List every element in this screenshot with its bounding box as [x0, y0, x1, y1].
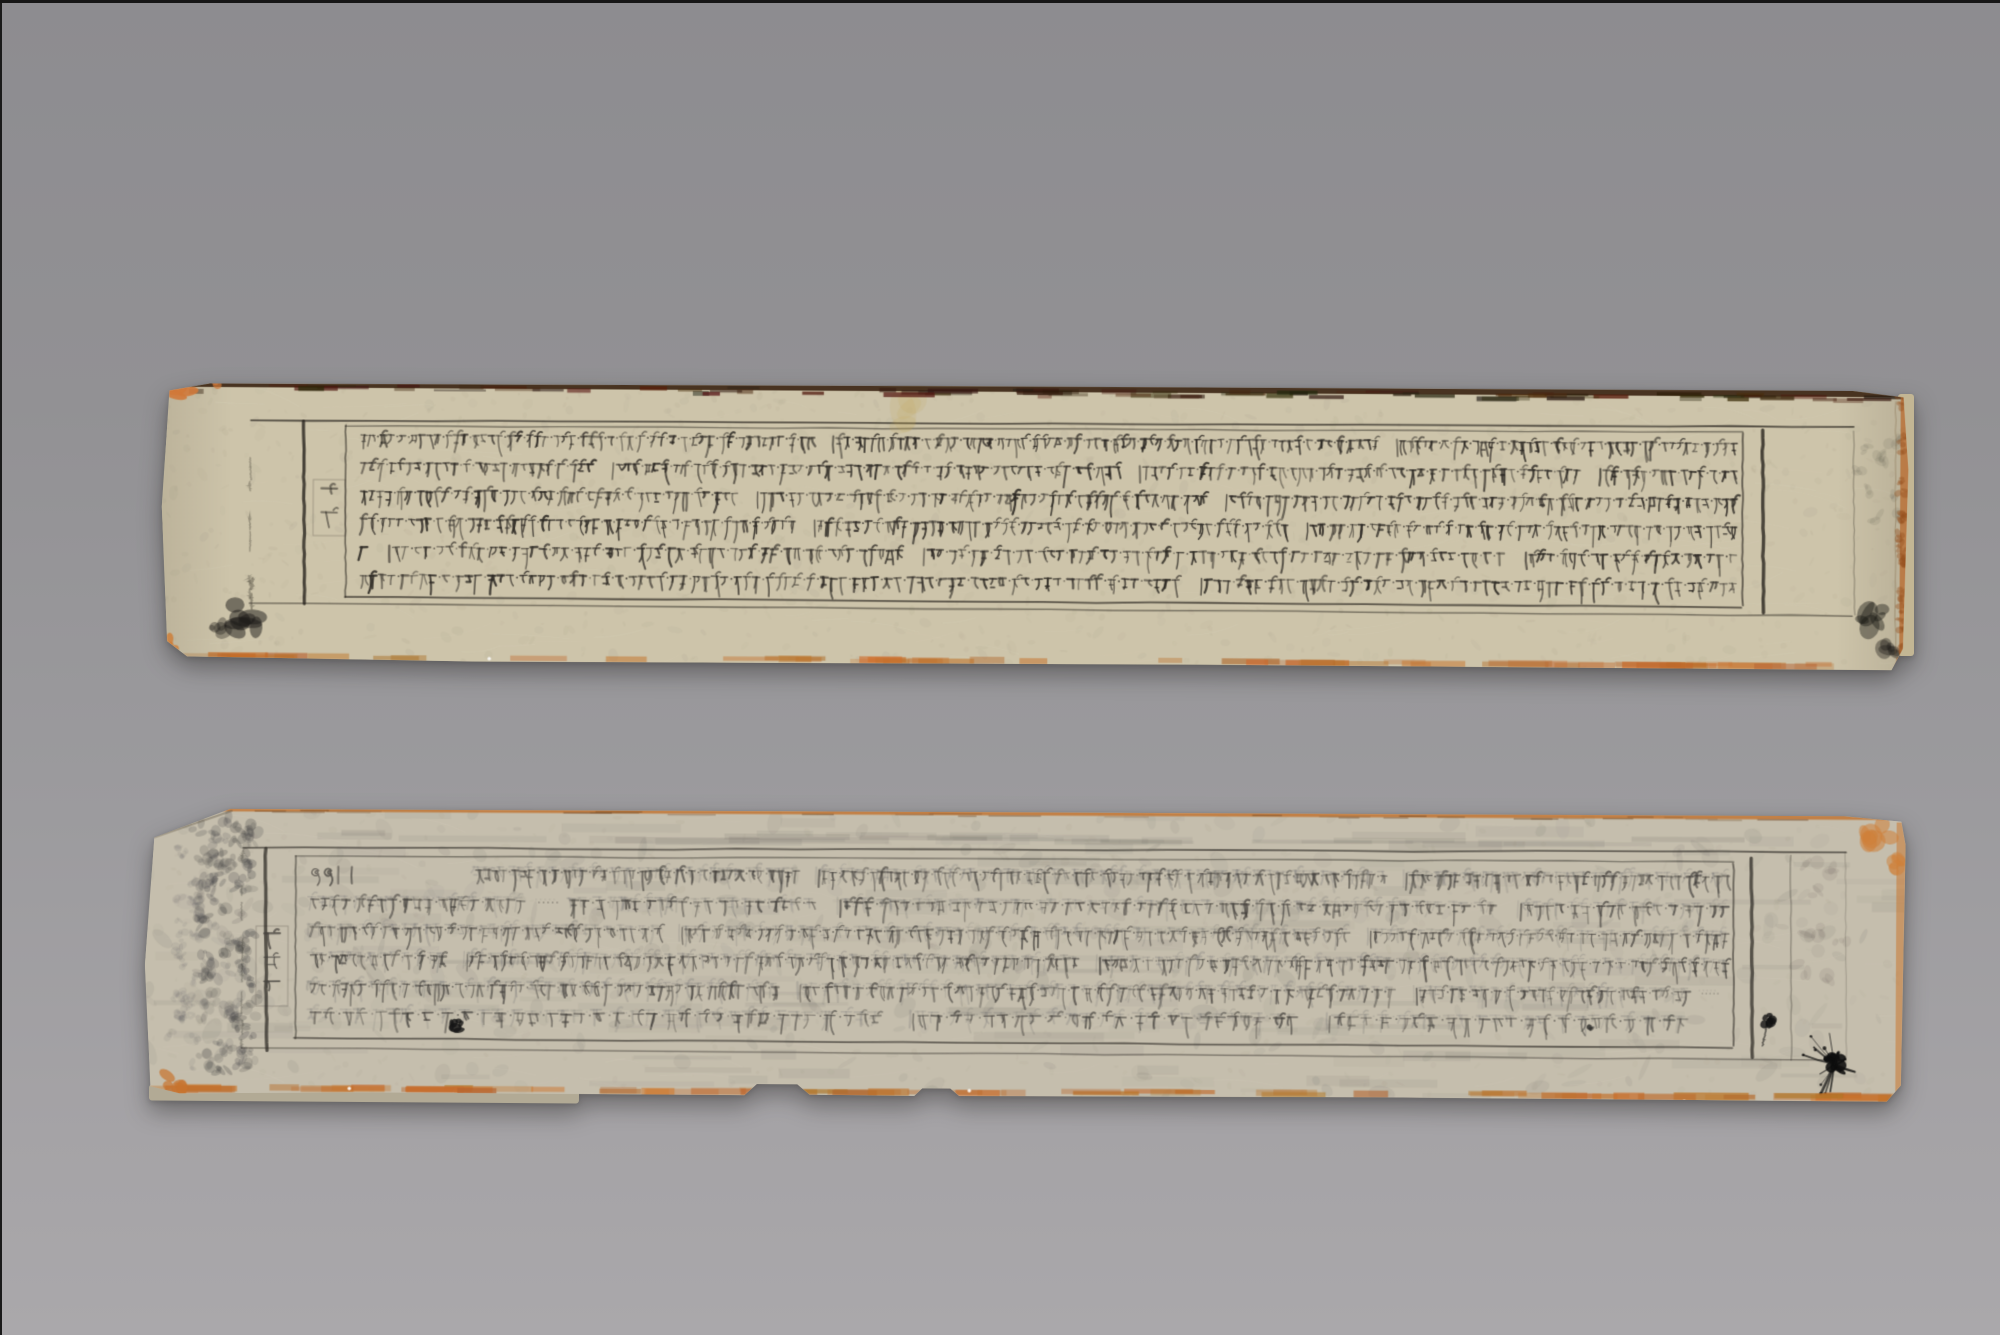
upper-folio-wrap: ཞུ ཨུ་ཧུ་ལ་ལྷུར་ཡངས་སྙུན་ནི་བློ་མིག་ལོང་… [160, 386, 1908, 666]
lower-folio: ༄༅། ། ཕྱི ཁྱེད་སྐུ་ལ་བ་ཞིག་ཞི་ཤེས་གསུམ་ལ… [144, 807, 1905, 1102]
lower-folio-canvas [144, 807, 1905, 1102]
upper-folio-canvas [159, 381, 1909, 672]
lower-folio-wrap: ༄༅། ། ཕྱི ཁྱེད་སྐུ་ལ་བ་ཞིག་ཞི་ཤེས་གསུམ་ལ… [145, 812, 1905, 1098]
upper-folio: ཞུ ཨུ་ཧུ་ལ་ལྷུར་ཡངས་སྙུན་ནི་བློ་མིག་ལོང་… [159, 381, 1909, 672]
manuscript-photo: ཞུ ཨུ་ཧུ་ལ་ལྷུར་ཡངས་སྙུན་ནི་བློ་མིག་ལོང་… [0, 0, 2000, 1335]
